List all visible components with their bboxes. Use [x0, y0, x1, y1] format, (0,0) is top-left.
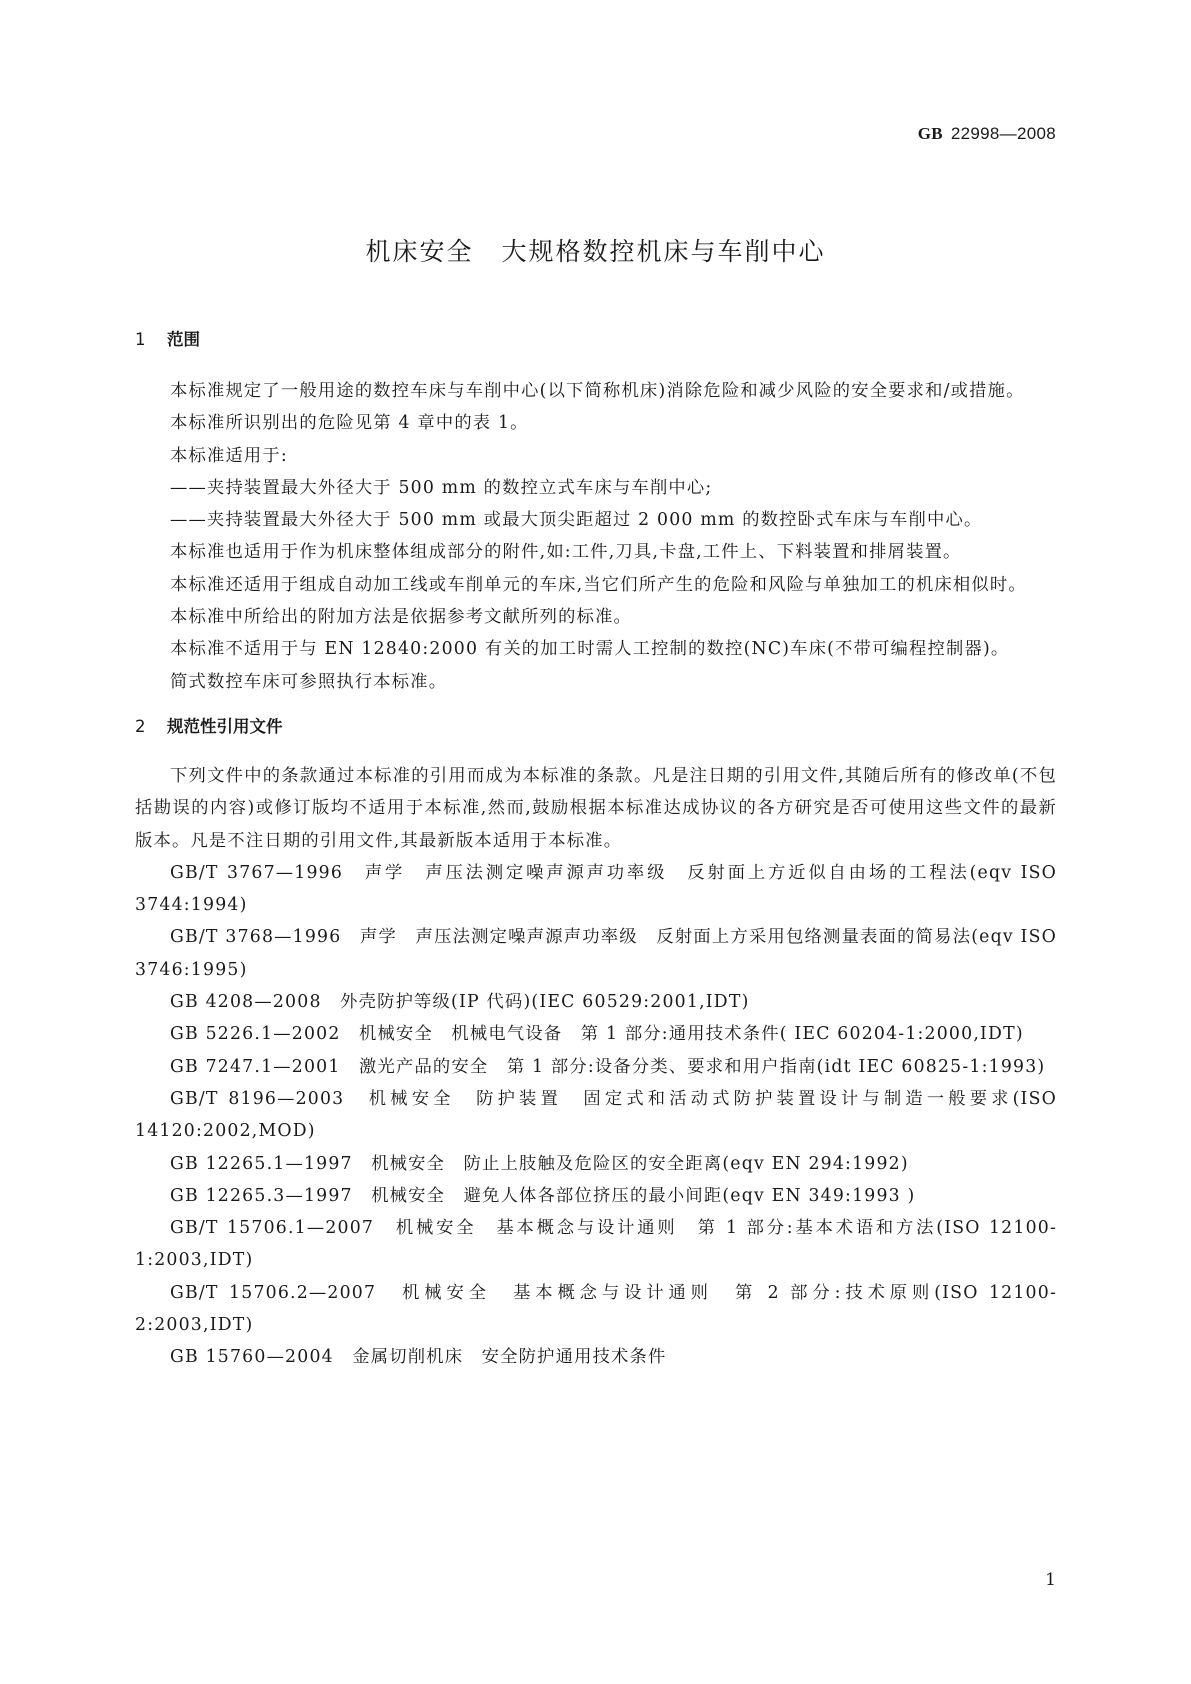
section-number: 1: [135, 325, 167, 355]
reference-item: GB 12265.3—1997 机械安全 避免人体各部位挤压的最小间距(eqv …: [135, 1180, 1057, 1212]
paragraph: 本标准中所给出的附加方法是依据参考文献所列的标准。: [135, 601, 1057, 633]
title-part-2: 大规格数控机床与车削中心: [502, 237, 826, 266]
paragraph: 本标准不适用于与 EN 12840:2000 有关的加工时需人工控制的数控(NC…: [135, 633, 1057, 665]
section-number: 2: [135, 712, 167, 742]
standard-code: GB22998—2008: [918, 124, 1056, 144]
reference-item: GB 12265.1—1997 机械安全 防止上肢触及危险区的安全距离(eqv …: [135, 1148, 1057, 1180]
reference-item: GB/T 3767—1996 声学 声压法测定噪声源声功率级 反射面上方近似自由…: [135, 857, 1057, 922]
section-title: 范围: [167, 330, 200, 349]
standard-number: 22998—2008: [951, 124, 1056, 143]
section-title: 规范性引用文件: [167, 717, 283, 736]
list-item: ——夹持装置最大外径大于 500 mm 或最大顶尖距超过 2 000 mm 的数…: [135, 504, 1057, 536]
section-heading-scope: 1范围: [135, 325, 1057, 355]
reference-item: GB 7247.1—2001 激光产品的安全 第 1 部分:设备分类、要求和用户…: [135, 1051, 1057, 1083]
reference-item: GB/T 8196—2003 机械安全 防护装置 固定式和活动式防护装置设计与制…: [135, 1083, 1057, 1148]
reference-item: GB/T 15706.1—2007 机械安全 基本概念与设计通则 第 1 部分:…: [135, 1212, 1057, 1277]
reference-item: GB 5226.1—2002 机械安全 机械电气设备 第 1 部分:通用技术条件…: [135, 1018, 1057, 1050]
page-number: 1: [1045, 1570, 1056, 1590]
paragraph: 本标准规定了一般用途的数控车床与车削中心(以下简称机床)消除危险和减少风险的安全…: [135, 375, 1057, 407]
reference-item: GB/T 3768—1996 声学 声压法测定噪声源声功率级 反射面上方采用包络…: [135, 921, 1057, 986]
standard-prefix: GB: [918, 124, 943, 143]
reference-item: GB/T 15706.2—2007 机械安全 基本概念与设计通则 第 2 部分:…: [135, 1277, 1057, 1342]
paragraph: 下列文件中的条款通过本标准的引用而成为本标准的条款。凡是注日期的引用文件,其随后…: [135, 760, 1057, 857]
reference-item: GB 15760—2004 金属切削机床 安全防护通用技术条件: [135, 1341, 1057, 1373]
paragraph: 本标准适用于:: [135, 440, 1057, 472]
list-item: ——夹持装置最大外径大于 500 mm 的数控立式车床与车削中心;: [135, 472, 1057, 504]
paragraph: 本标准还适用于组成自动加工线或车削单元的车床,当它们所产生的危险和风险与单独加工…: [135, 569, 1057, 601]
document-title: 机床安全大规格数控机床与车削中心: [0, 232, 1191, 268]
section-heading-normative-references: 2规范性引用文件: [135, 712, 1057, 742]
paragraph: 本标准所识别出的危险见第 4 章中的表 1。: [135, 407, 1057, 439]
title-part-1: 机床安全: [365, 237, 473, 266]
reference-item: GB 4208—2008 外壳防护等级(IP 代码)(IEC 60529:200…: [135, 986, 1057, 1018]
paragraph: 简式数控车床可参照执行本标准。: [135, 666, 1057, 698]
paragraph: 本标准也适用于作为机床整体组成部分的附件,如:工件,刀具,卡盘,工件上、下料装置…: [135, 536, 1057, 568]
document-body: 1范围 本标准规定了一般用途的数控车床与车削中心(以下简称机床)消除危险和减少风…: [135, 325, 1057, 1374]
